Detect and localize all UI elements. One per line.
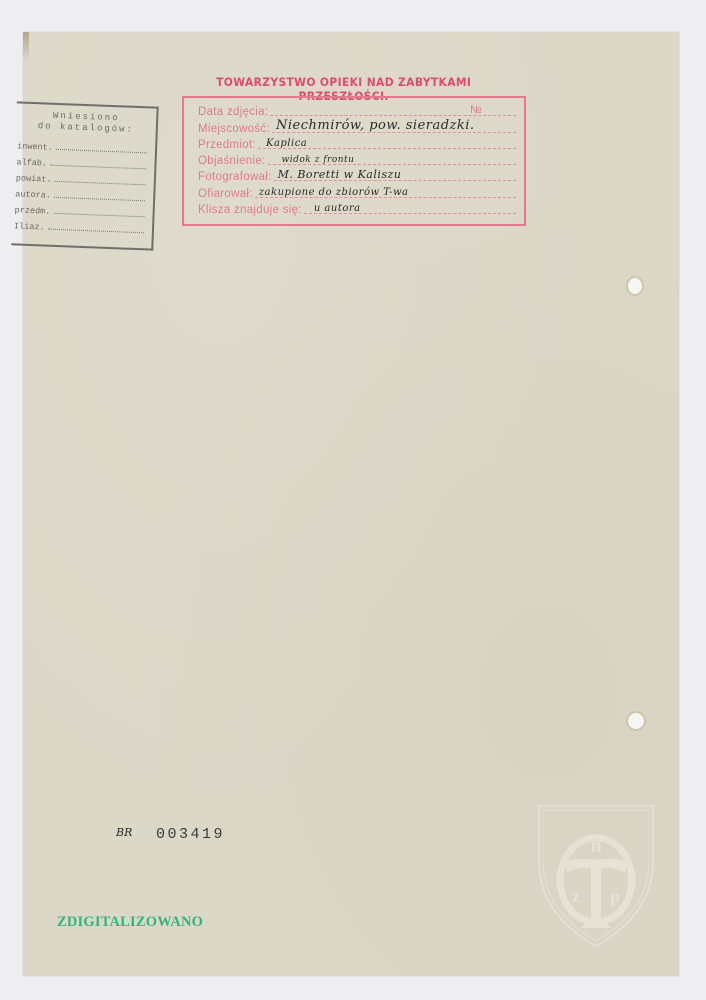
number-label: № [470,104,482,116]
field-line: widok z frontu [268,152,516,165]
catalog-row-label: przedm. [14,205,50,216]
record-stamp-box: Data zdjęcia: № Miejscowość: Niechmirów,… [182,96,526,226]
svg-text:p: p [610,886,620,906]
paper-stain [23,32,29,62]
shield-emblem-icon: n z p [535,802,657,950]
record-row-place: Miejscowość: Niechmirów, pow. sieradzki. [198,118,516,134]
field-label: Miejscowość: [198,123,270,135]
record-row-negative: Klisza znajduje się: u autora [198,200,516,216]
field-value: Kaplica [266,138,307,149]
catalog-row-label: powiat. [16,173,52,184]
svg-text:n: n [590,835,601,857]
field-value: zakupione do zbiorów T-wa [259,187,409,198]
field-label: Data zdjęcia: [198,106,268,118]
field-line: M. Boretti w Kaliszu [274,168,516,181]
field-line: Kaplica [258,136,516,149]
dotted-line [48,229,144,234]
punch-hole [628,278,642,294]
catalog-prefix: BR [116,826,132,839]
catalog-stamp-title: Wniesiono do katalogów: [16,109,157,136]
digitized-stamp: ZDIGITALIZOWANO [57,914,203,931]
catalog-stamp: Wniesiono do katalogów: inwent. alfab. p… [11,101,158,250]
field-value: widok z frontu [282,155,355,165]
field-value: u autora [314,203,361,214]
field-line: zakupione do zbiorów T-wa [255,185,516,198]
catalog-number: 003419 [156,826,225,843]
record-row-photographer: Fotografował: M. Boretti w Kaliszu [198,167,516,183]
field-label: Objaśnienie: [198,155,266,167]
field-label: Przedmiot: [198,139,256,151]
record-row-subject: Przedmiot: Kaplica [198,135,516,151]
field-label: Fotografował: [198,171,272,183]
punch-hole [628,713,644,729]
catalog-row-label: autora. [15,189,51,200]
catalog-row-label: Iliaz. [14,221,45,232]
field-label: Ofiarował: [198,188,253,200]
record-row-donor: Ofiarował: zakupione do zbiorów T-wa [198,183,516,199]
record-row-description: Objaśnienie: widok z frontu [198,151,516,167]
record-row-date: Data zdjęcia: № [198,102,516,118]
catalog-row-label: inwent. [17,141,53,152]
svg-text:z: z [572,886,580,906]
field-line: u autora [304,201,516,214]
field-value: Niechmirów, pow. sieradzki. [276,118,475,133]
field-label: Klisza znajduje się: [198,204,302,216]
field-value: M. Boretti w Kaliszu [278,168,402,181]
field-line: Niechmirów, pow. sieradzki. [272,120,516,133]
catalog-row-label: alfab. [16,157,47,168]
